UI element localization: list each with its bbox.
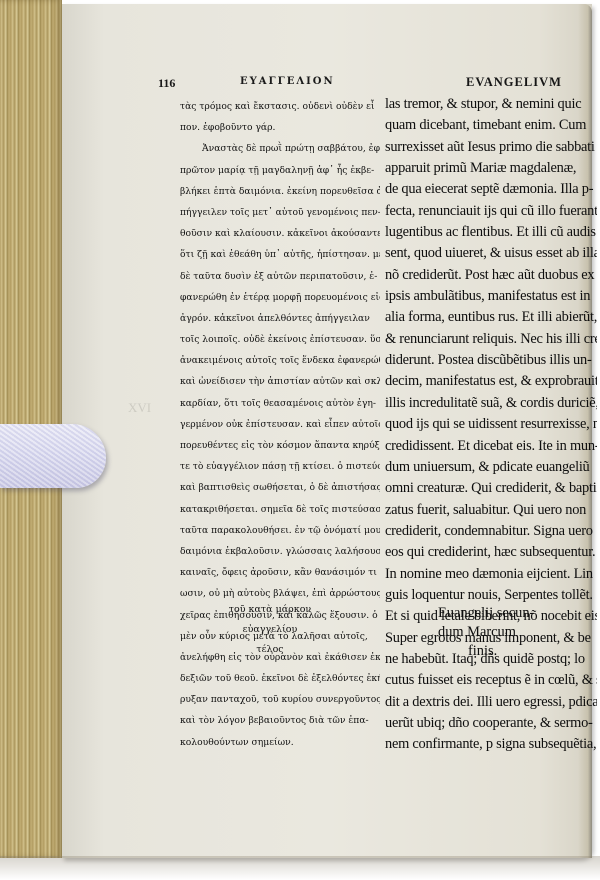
greek-line: τε τὸ εὐαγγέλιον πάσῃ τῇ κτίσει. ὁ πιστε… bbox=[180, 456, 380, 477]
latin-line: credidissent. Et dicebat eis. Ite in mun… bbox=[385, 436, 597, 457]
greek-line: καὶ τὸν λόγον βεβαιοῦντος διὰ τῶν ἐπα- bbox=[180, 710, 380, 731]
latin-line: las tremor, & stupor, & nemini quic bbox=[385, 94, 597, 115]
latin-colophon-line: finis. bbox=[438, 642, 568, 661]
latin-line: uerũt ubiq; dño cooperante, & sermo- bbox=[385, 713, 597, 734]
greek-line: βλήκει ἑπτὰ δαιμόνια. ἐκείνη πορευθεῖσα … bbox=[180, 181, 380, 202]
greek-line: κατακριθήσεται. σημεῖα δὲ τοῖς πιστεύσασ… bbox=[180, 499, 380, 520]
latin-line: de qua eiecerat septẽ dæmonia. Illa p- bbox=[385, 179, 597, 200]
greek-colophon-line: τοῦ κατὰ μάρκον bbox=[200, 600, 340, 620]
latin-line: cutus fuisset eis receptus ẽ in cœlũ, & … bbox=[385, 670, 597, 691]
latin-line: dit a dextris dei. Illi uero egressi, pd… bbox=[385, 692, 597, 713]
greek-line: καὶ βαπτισθεὶς σωθήσεται, ὁ δὲ ἀπιστήσας bbox=[180, 477, 380, 498]
latin-line: quam dicebant, timebant enim. Cum bbox=[385, 115, 597, 136]
latin-line: In nomine meo dæmonia eijcient. Lin bbox=[385, 564, 597, 585]
latin-line: & renunciarunt reliquis. Nec his illi cr… bbox=[385, 329, 597, 350]
greek-running-head: ΕΥΑΓΓΕΛΙΟΝ bbox=[240, 76, 335, 87]
latin-line: eos qui crediderint, hæc subsequentur. bbox=[385, 542, 597, 563]
greek-line: Ἀναστὰς δὲ πρωῒ πρώτῃ σαββάτου, ἐφάνη bbox=[180, 138, 380, 159]
latin-line: nõ crediderũt. Post hæc aũt duobus ex bbox=[385, 265, 597, 286]
latin-line: diderunt. Postea discũbẽtibus illis un- bbox=[385, 350, 597, 371]
greek-colophon-line: τέλος bbox=[200, 640, 340, 660]
latin-line: nem confirmante, p signa subsequẽtia, bbox=[385, 734, 597, 755]
latin-line: fecta, renunciauit ijs qui cũ illo fuera… bbox=[385, 201, 597, 222]
latin-line: omni creaturæ. Qui crediderit, & bapti bbox=[385, 478, 597, 499]
latin-line: alia forma, euntibus rus. Et illi abierũ… bbox=[385, 307, 597, 328]
greek-line: πρῶτον μαρίᾳ τῇ μαγδαληνῇ ἀφ᾽ ἧς ἐκβε- bbox=[180, 160, 380, 181]
latin-colophon-line: dum Marcum bbox=[438, 623, 568, 642]
page-bottom-shadow bbox=[0, 856, 600, 880]
latin-line: dum uniuersum, & pdicate euangeliũ bbox=[385, 457, 597, 478]
greek-line: πορευθέντες εἰς τὸν κόσμον ἅπαντα κηρύξα… bbox=[180, 435, 380, 456]
greek-line: πήγγειλεν τοῖς μετ᾽ αὐτοῦ γενομένοις πεν… bbox=[180, 202, 380, 223]
greek-line: ἀνακειμένοις αὐτοῖς τοῖς ἕνδεκα ἐφανερώθ… bbox=[180, 350, 380, 371]
latin-line: illis incredulitatẽ suã, & cordis durici… bbox=[385, 393, 597, 414]
greek-line: θοῦσιν καὶ κλαίουσιν. κἀκεῖνοι ἀκούσαντε… bbox=[180, 223, 380, 244]
greek-line: ἀγρόν. κἀκεῖνοι ἀπελθόντες ἀπήγγειλαν bbox=[180, 308, 380, 329]
latin-line: ipsis ambulãtibus, manifestatus est in bbox=[385, 286, 597, 307]
latin-line: lugentibus ac flentibus. Et illi cũ audi… bbox=[385, 222, 597, 243]
latin-line: crediderit, condemnabitur. Signa uero bbox=[385, 521, 597, 542]
latin-colophon-line: Euangelij secun- bbox=[438, 604, 568, 623]
latin-colophon: Euangelij secun- dum Marcum finis. bbox=[438, 604, 568, 661]
greek-line: τοῖς λοιποῖς. οὐδὲ ἐκείνοις ἐπίστευσαν. … bbox=[180, 329, 380, 350]
latin-line: decim, manifestatus est, & exprobrauit bbox=[385, 371, 597, 392]
gloved-finger bbox=[0, 424, 106, 488]
latin-line: apparuit primũ Mariæ magdalenæ, bbox=[385, 158, 597, 179]
greek-line: δαιμόνια ἐκβαλοῦσιν. γλώσσαις λαλήσουσιν bbox=[180, 541, 380, 562]
greek-colophon: τοῦ κατὰ μάρκον εὐαγγελίου τέλος bbox=[200, 600, 340, 660]
greek-line: γερμένον οὐκ ἐπίστευσαν. καὶ εἶπεν αὐτοῖ… bbox=[180, 414, 380, 435]
latin-line: surrexisset aũt Iesus primo die sabbati bbox=[385, 137, 597, 158]
greek-line: καιναῖς, ὄφεις ἀροῦσιν, κἂν θανάσιμόν τι… bbox=[180, 562, 380, 583]
greek-line: καρδίαν, ὅτι τοῖς θεασαμένοις αὐτὸν ἐγη- bbox=[180, 393, 380, 414]
greek-line: καὶ ὠνείδισεν τὴν ἀπιστίαν αὐτῶν καὶ σκλ… bbox=[180, 371, 380, 392]
show-through-margin-mark: XVI bbox=[128, 400, 151, 415]
greek-line: ρυξαν πανταχοῦ, τοῦ κυρίου συνεργοῦντος bbox=[180, 689, 380, 710]
greek-line: πον. ἐφοβοῦντο γάρ. bbox=[180, 117, 380, 138]
greek-line: δὲ ταῦτα δυσὶν ἐξ αὐτῶν περιπατοῦσιν, ἐ- bbox=[180, 266, 380, 287]
greek-line: φανερώθη ἐν ἑτέρᾳ μορφῇ πορευομένοις εἰς bbox=[180, 287, 380, 308]
greek-line: τὰς τρόμος καὶ ἔκστασις. οὐδενὶ οὐδὲν εἶ bbox=[180, 96, 380, 117]
folio-number: 116 bbox=[158, 76, 175, 91]
greek-colophon-line: εὐαγγελίου bbox=[200, 620, 340, 640]
latin-line: quod ijs qui se uidissent resurrexisse, … bbox=[385, 414, 597, 435]
latin-line: sent, quod uiueret, & uisus esset ab ill… bbox=[385, 243, 597, 264]
latin-line: zatus fuerit, saluabitur. Qui uero non bbox=[385, 500, 597, 521]
latin-running-head: EVANGELIVM bbox=[466, 75, 562, 90]
greek-line: ὅτι ζῇ καὶ ἐθεάθη ὑπ᾽ αὐτῆς, ἠπίστησαν. … bbox=[180, 244, 380, 265]
greek-line: κολουθούντων σημείων. bbox=[180, 732, 380, 753]
greek-line: δεξιῶν τοῦ θεοῦ. ἐκεῖνοι δὲ ἐξελθόντες ἐ… bbox=[180, 668, 380, 689]
greek-line: ταῦτα παρακολουθήσει. ἐν τῷ ὀνόματί μου bbox=[180, 520, 380, 541]
